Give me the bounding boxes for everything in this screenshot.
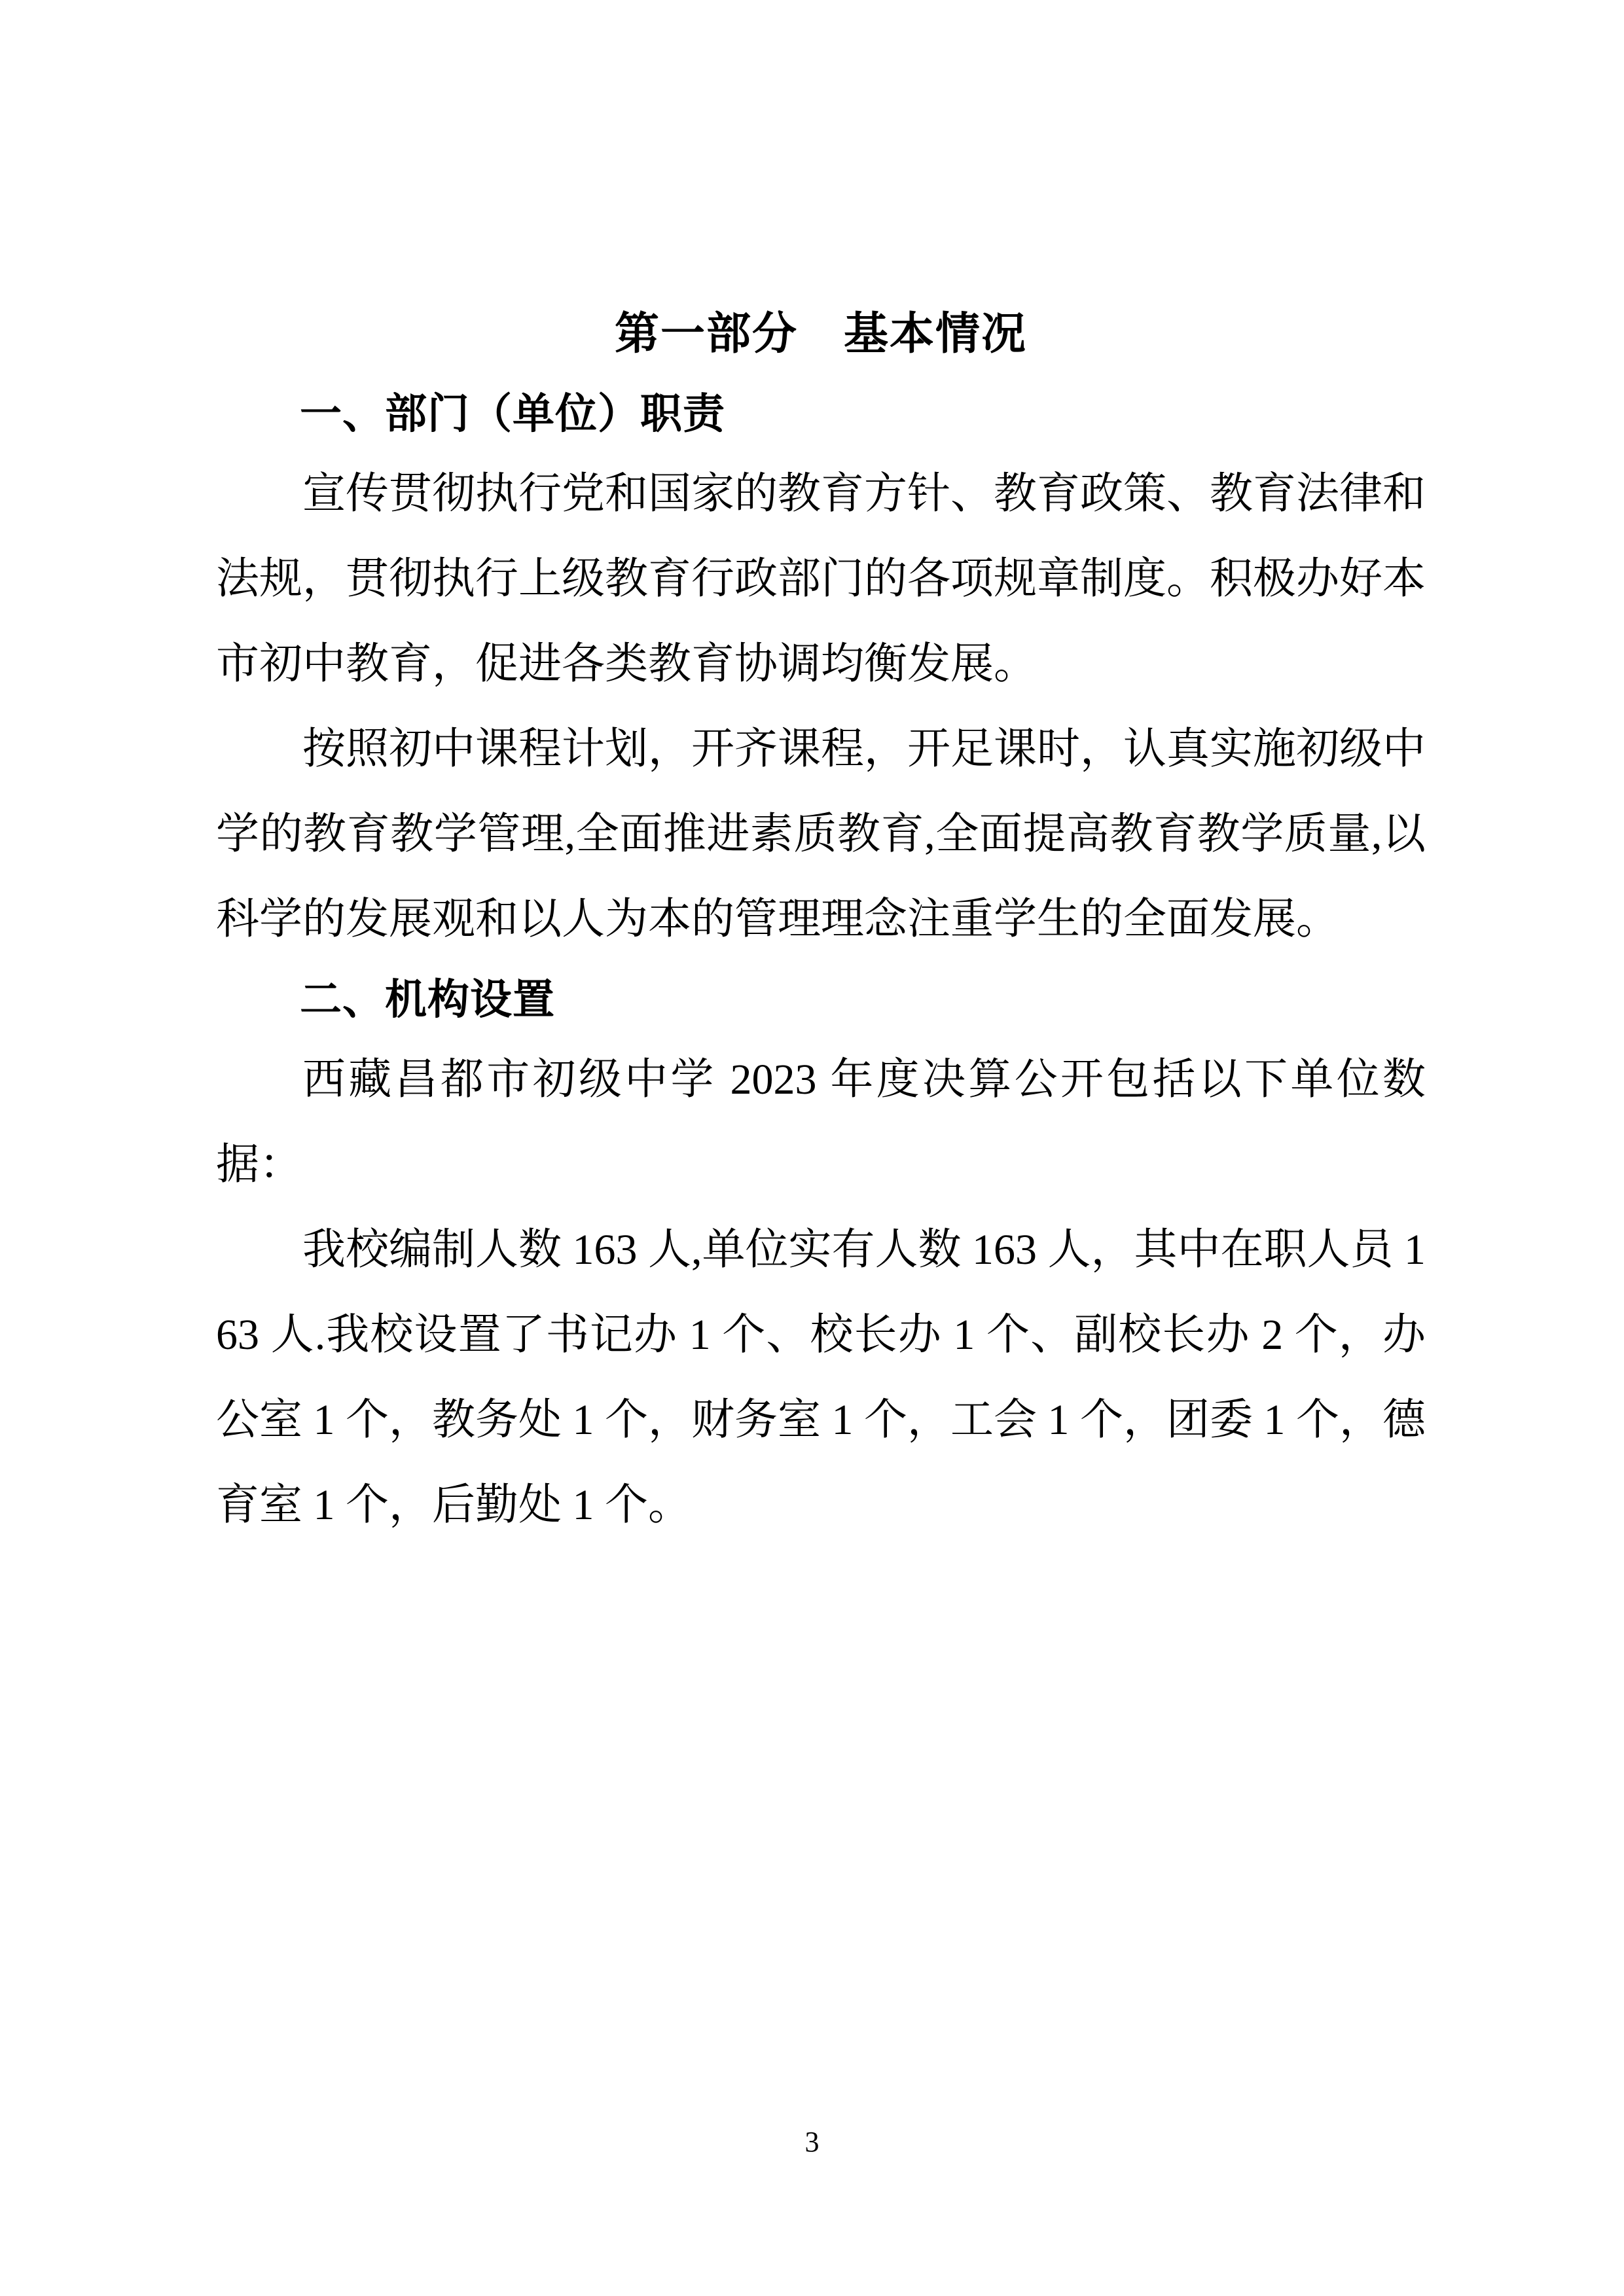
section-1-paragraph-2: 按照初中课程计划，开齐课程，开足课时，认真实施初级中学的教育教学管理,全面推进素… — [216, 707, 1426, 962]
section-1-heading: 一、部门（单位）职责 — [216, 376, 1426, 452]
section-2-heading: 二、机构设置 — [216, 962, 1426, 1037]
section-2-paragraph-2: 我校编制人数 163 人,单位实有人数 163 人，其中在职人员 163 人.我… — [216, 1208, 1426, 1548]
page-number: 3 — [0, 2126, 1624, 2159]
document-page: 第一部分 基本情况 一、部门（单位）职责 宣传贯彻执行党和国家的教育方针、教育政… — [0, 0, 1624, 2296]
page-title: 第一部分 基本情况 — [216, 291, 1426, 376]
document-content: 第一部分 基本情况 一、部门（单位）职责 宣传贯彻执行党和国家的教育方针、教育政… — [216, 291, 1426, 1548]
section-2-paragraph-1: 西藏昌都市初级中学 2023 年度决算公开包括以下单位数据： — [216, 1037, 1426, 1208]
section-1-paragraph-1: 宣传贯彻执行党和国家的教育方针、教育政策、教育法律和法规，贯彻执行上级教育行政部… — [216, 452, 1426, 707]
